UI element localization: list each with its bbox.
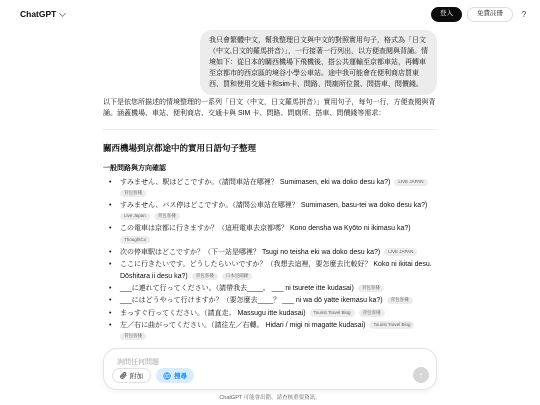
sentence-list: すみません、駅はどこですか。（請問車站在哪裡？ Sumimasen, eki w… [103, 177, 437, 342]
composer[interactable]: 詢問任何問題 附加 搜尋 ↑ [103, 348, 437, 390]
citation-row: 背包客棧 [120, 332, 437, 342]
list-item: 次の停車駅はどこですか？（下一站是哪裡？ Tsugi no teisha eki… [103, 247, 437, 259]
help-icon[interactable]: ? [518, 9, 530, 21]
citation-pill[interactable]: LIVE JAPAN [394, 179, 427, 187]
auth-actions: 登入 免費註冊 ? [431, 7, 530, 22]
search-toggle[interactable]: 搜尋 [156, 368, 194, 383]
list-item: すみません、バス停はどこですか。（請問公車站在哪裡？ Sumimasen, ba… [103, 200, 437, 222]
send-button[interactable]: ↑ [413, 367, 429, 383]
list-item: ___にはどうやって行けますか？（要怎麼去____？ ___ ni wa dō … [103, 295, 437, 307]
citation-pill[interactable]: 背包客棧 [120, 190, 146, 198]
citation-row: ThoughtCo [120, 236, 437, 246]
list-item: 左／右に曲がってください。（請往左／右轉。 Hidari / migi ni m… [103, 320, 437, 342]
citation-pill[interactable]: 背包客棧 [120, 333, 146, 341]
arrow-up-icon: ↑ [419, 370, 424, 380]
top-bar: ChatGPT 登入 免費註冊 ? [0, 0, 540, 28]
list-item: この電車は京都に行きますか？（這班電車去京都嗎？ Kono densha wa … [103, 223, 437, 245]
paperclip-icon [120, 372, 127, 379]
citation-row: 背包客棧 [120, 189, 437, 199]
message-input[interactable]: 詢問任何問題 [117, 357, 159, 367]
subsection-title: 一般問路與方向確認 [103, 164, 437, 173]
list-item: ここに行きたいです。どうしたらいいですか？（我想去這裡，要怎麼去比較好？ Kok… [103, 259, 437, 283]
sentence-text: ここに行きたいです。どうしたらいいですか？（我想去這裡，要怎麼去比較好？ Kok… [120, 261, 432, 280]
citation-pill[interactable]: 背包客棧 [192, 273, 218, 281]
citation-pill[interactable]: Live Japan [120, 213, 150, 221]
search-label: 搜尋 [174, 371, 187, 380]
citation-pill[interactable]: Tourist Travel Blog [310, 309, 355, 317]
model-switcher[interactable]: ChatGPT [20, 9, 65, 19]
sentence-text: この電車は京都に行きますか？（這班電車去京都嗎？ Kono densha wa … [120, 225, 411, 232]
attach-label: 附加 [130, 371, 143, 380]
citation-pill[interactable]: Tourist Travel Blog [369, 321, 414, 329]
list-item: すみません、駅はどこですか。（請問車站在哪裡？ Sumimasen, eki w… [103, 177, 437, 199]
assistant-intro: 以下是依您所描述的情境整理的一系列「日文（中文，日文羅馬拼音）」實用句子，每句一… [103, 97, 437, 119]
signup-button[interactable]: 免費註冊 [467, 7, 513, 22]
citation-pill[interactable]: ThoughtCo [120, 236, 150, 244]
composer-tools: 附加 搜尋 [112, 368, 194, 383]
brand-label: ChatGPT [20, 9, 56, 19]
sentence-text: すみません、駅はどこですか。（請問車站在哪裡？ Sumimasen, eki w… [120, 179, 390, 186]
globe-icon [163, 372, 171, 380]
sentence-text: 次の停車駅はどこですか？（下一站是哪裡？ Tsugi no teisha eki… [120, 249, 380, 256]
divider [103, 129, 437, 130]
list-item: まっすぐ行ってください。（請直走。 Massugu itte kudasai)T… [103, 308, 437, 320]
citation-pill[interactable]: 背包客棧 [358, 285, 384, 293]
assistant-message: 以下是依您所描述的情境整理的一系列「日文（中文，日文羅馬拼音）」實用句子，每句一… [103, 97, 437, 343]
list-item: ___に連れて行ってください。（請帶我去____。 ___ ni tsurete… [103, 283, 437, 295]
user-message-bubble: 我只會繁體中文，幫我整理日文與中文的對照實用句子，格式為「日文（中文,日文的羅馬… [200, 30, 437, 95]
citation-pill[interactable]: LIVE JAPAN [384, 248, 417, 256]
sentence-text: すみません、バス停はどこですか。（請問公車站在哪裡？ Sumimasen, ba… [120, 202, 427, 209]
sentence-text: ___にはどうやって行けますか？（要怎麼去____？ ___ ni wa dō … [120, 297, 383, 304]
citation-pill[interactable]: 背包客棧 [359, 309, 385, 317]
citation-pill[interactable]: 背包客棧 [387, 297, 413, 305]
sentence-text: ___に連れて行ってください。（請帶我去____。 ___ ni tsurete… [120, 285, 354, 292]
sentence-text: 左／右に曲がってください。（請往左／右轉。 Hidari / migi ni m… [120, 322, 365, 329]
citation-pill[interactable]: 背包客棧 [154, 213, 180, 221]
citation-pill[interactable]: 日本見聞錄 [222, 273, 253, 281]
footer-disclaimer: ChatGPT 可能會出錯。請查核重要資訊。 [0, 393, 540, 401]
chevron-down-icon [59, 9, 66, 16]
attach-button[interactable]: 附加 [112, 368, 151, 383]
login-button[interactable]: 登入 [431, 7, 462, 22]
sentence-text: まっすぐ行ってください。（請直走。 Massugu itte kudasai) [120, 310, 306, 317]
section-title: 關西機場到京都途中的實用日語句子整理 [103, 143, 437, 153]
citation-row: Live Japan背包客棧 [120, 212, 437, 222]
